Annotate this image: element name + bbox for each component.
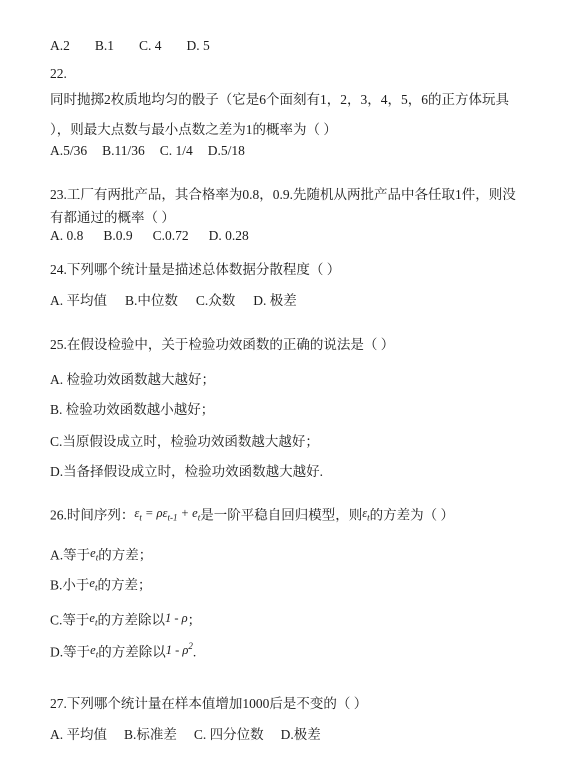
option-d: D. 0.28	[209, 227, 249, 245]
option-text: 的方差除以	[97, 612, 165, 627]
document-page: A.2 B.1 C. 4 D. 5 22. 同时抛掷2枚质地均匀的骰子（它是6个…	[0, 0, 570, 780]
q26-suffix: 的方差为（ ）	[370, 508, 454, 523]
q26-prefix: 26.时间序列：	[50, 508, 134, 523]
option-d: D. 5	[187, 37, 210, 55]
question-26-option-b: B.小于et的方差；	[50, 574, 530, 595]
question-25-text: 25.在假设检验中，关于检验功效函数的正确的说法是（ ）	[50, 336, 530, 354]
e-term: + e	[177, 506, 197, 520]
option-c: C.众数	[196, 292, 235, 310]
option-text: D.等于	[50, 645, 90, 660]
math-expression: 1 - ρ2	[166, 643, 193, 657]
option-b: B.11/36	[102, 142, 145, 160]
rho-epsilon-term: = ρε	[142, 506, 168, 520]
option-text: A.等于	[50, 547, 90, 562]
option-c: C. 4	[139, 37, 162, 55]
question-27-text: 27.下列哪个统计量在样本值增加1000后是不变的（ ）	[50, 695, 530, 713]
e-t-term: et	[90, 546, 98, 560]
question-22-text-line2: ），则最大点数与最小点数之差为1的概率为（ ）	[50, 121, 530, 139]
option-d: D.极差	[281, 726, 321, 744]
option-b: B.标准差	[124, 726, 177, 744]
option-text: 的方差除以	[98, 645, 166, 660]
q26-ar1-formula: εt = ρεt-1 + et	[134, 506, 200, 520]
question-26-option-c: C.等于et的方差除以1 - ρ；	[50, 609, 530, 630]
question-22-number: 22.	[50, 65, 530, 83]
question-22-text-line1: 同时抛掷2枚质地均匀的骰子（它是6个面刻有1，2，3，4，5，6的正方体玩具	[50, 91, 530, 109]
question-22-options: A.5/36 B.11/36 C. 1/4 D.5/18	[50, 142, 530, 160]
option-b: B.中位数	[125, 292, 178, 310]
e-t-term: et	[90, 643, 98, 657]
option-b: B.0.9	[103, 227, 132, 245]
question-27-options: A. 平均值 B.标准差 C. 四分位数 D.极差	[50, 726, 530, 744]
expression: 1 - ρ	[166, 643, 189, 657]
q26-epsilon-t: εt	[362, 506, 369, 520]
option-text: B.小于	[50, 578, 89, 593]
option-c: C. 四分位数	[194, 726, 264, 744]
option-a: A.2	[50, 37, 70, 55]
subscript-t-minus-1: t-1	[167, 513, 177, 523]
option-c: C. 1/4	[160, 142, 193, 160]
question-21-options: A.2 B.1 C. 4 D. 5	[50, 37, 530, 55]
question-24-text: 24.下列哪个统计量是描述总体数据分散程度（ ）	[50, 261, 530, 279]
question-26-text: 26.时间序列：εt = ρεt-1 + et是一阶平稳自回归模型，则εt的方差…	[50, 504, 530, 525]
option-text: 的方差；	[97, 578, 151, 593]
option-b: B.1	[95, 37, 114, 55]
option-d: D.5/18	[208, 142, 245, 160]
question-25-option-c: C.当原假设成立时，检验功效函数越大越好；	[50, 433, 530, 451]
option-text: C.等于	[50, 612, 89, 627]
question-26-option-a: A.等于et的方差；	[50, 544, 530, 565]
question-25-option-d: D.当备择假设成立时，检验功效函数越大越好.	[50, 463, 530, 481]
option-d: D. 极差	[253, 292, 297, 310]
question-25-option-b: B. 检验功效函数越小越好；	[50, 401, 530, 419]
question-23-text-line2: 有都通过的概率（ ）	[50, 209, 530, 227]
math-expression: 1 - ρ	[165, 611, 188, 625]
q26-mid: 是一阶平稳自回归模型，则	[200, 508, 362, 523]
question-25-option-a: A. 检验功效函数越大越好；	[50, 371, 530, 389]
question-24-options: A. 平均值 B.中位数 C.众数 D. 极差	[50, 292, 530, 310]
question-23-text-line1: 23.工厂有两批产品，其合格率为0.8，0.9.先随机从两批产品中各任取1件，则…	[50, 186, 530, 204]
option-c: C.0.72	[153, 227, 189, 245]
option-a: A. 0.8	[50, 227, 83, 245]
option-text: ；	[188, 612, 202, 627]
option-a: A. 平均值	[50, 292, 107, 310]
question-23-options: A. 0.8 B.0.9 C.0.72 D. 0.28	[50, 227, 530, 245]
option-text: .	[193, 645, 196, 660]
option-text: 的方差；	[98, 547, 152, 562]
option-a: A. 平均值	[50, 726, 107, 744]
question-26-option-d: D.等于et的方差除以1 - ρ2.	[50, 641, 530, 662]
option-a: A.5/36	[50, 142, 87, 160]
expression: 1 - ρ	[165, 611, 188, 625]
